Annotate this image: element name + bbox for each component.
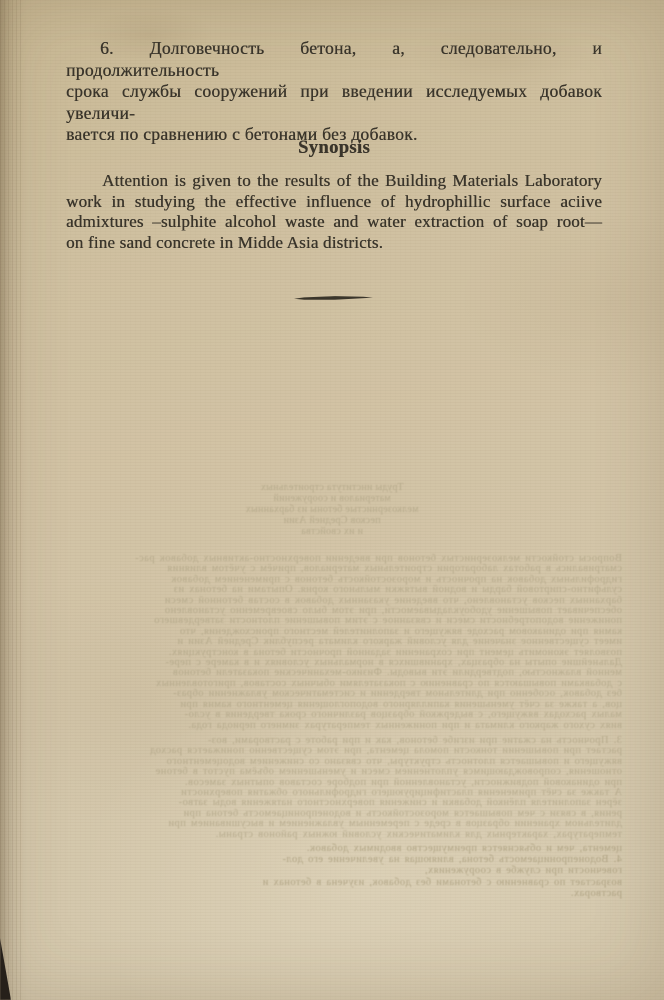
bleedthrough-line: имеет существенное значение для условий … [42,637,622,647]
paragraph-line: Attention is given to the results of the… [66,171,602,192]
bleedthrough-line: материалов и сооружений [167,493,497,504]
bleedthrough-line: с добавками повышаются по сравнению с по… [42,679,622,689]
bleedthrough-line: цов, а также за счёт уменьшения капилляр… [42,700,622,710]
bleedthrough-line: говечности при службе в сооружениях, [42,865,622,876]
bleedthrough-line: отношения, сопровождающимся уплотнением … [42,767,622,777]
bleedthrough-line: менной влажностью, подтвердили эти вывод… [42,668,622,678]
paragraph-line: work in studying the effective influence… [66,192,602,213]
bleedthrough-paragraph: 3. Прочность на сжатие при изгибе бетоно… [42,736,622,840]
bleedthrough-line: цемента, чем и объясняется преимущество … [42,843,622,854]
bleedthrough-line: А также за счёт применения пластифицирую… [42,788,622,798]
bleedthrough-center-block: Труды института строительныхматериалов и… [167,482,497,537]
scanned-book-page: 6. Долговечность бетона, а, следовательн… [0,0,664,1000]
bleedthrough-line: температурах, характерных для климатичес… [42,830,622,840]
russian-paragraph: 6. Долговечность бетона, а, следовательн… [66,38,602,146]
bleedthrough-paragraph: цемента, чем и объясняется преимущество … [42,843,622,899]
bleedthrough-line: сматривались в работах лаборатории строи… [42,564,622,574]
section-divider-dash [294,295,373,300]
bleedthrough-line: зёрен заполнителя плёнкой добавки и сниж… [42,798,622,808]
bleedthrough-line: растает при повышении тонкости помола це… [42,746,622,756]
bleedthrough-line: 4. Водонепроницаемость бетона, влияющая … [42,854,622,865]
bleedthrough-line: камня при одинаковом расходе вяжущего и … [42,627,622,637]
bleedthrough-line: песков Средней Азии [167,515,497,526]
bleedthrough-line: и их свойства [167,526,497,537]
bleedthrough-paragraph: Вопросы стойкости мелкозернистых бетонов… [42,554,622,731]
bleedthrough-line: при одинаковой подвижности, установленно… [42,778,622,788]
bleedthrough-line: возрастает по сравнению с бетонами без д… [42,877,622,888]
english-synopsis-paragraph: Attention is given to the results of the… [66,171,602,253]
paragraph-line: on fine sand concrete in Midde Asia dist… [66,233,602,254]
paragraph-line: 6. Долговечность бетона, а, следовательн… [66,38,602,81]
bleedthrough-line: понижение водопотребности смеси и связан… [42,616,622,626]
bleedthrough-line: сульфитно-спиртовой барды и водной вытяж… [42,585,622,595]
bleedthrough-line: мелкозернистые бетоны из барханных [167,504,497,515]
bleedthrough-line: обеспечивает повышение удобоукладываемос… [42,606,622,616]
bleedthrough-line: Труды института строительных [167,482,497,493]
bleedthrough-line: барханных песков установлено, что введен… [42,596,622,606]
bleed-through-text: Труды института строительныхматериалов и… [42,482,622,899]
paragraph-line: срока службы сооружений при введении исс… [66,81,602,124]
bleedthrough-line: без добавок, особенно при длительном тве… [42,689,622,699]
paragraph-line: admixtures –sulphite alcohol waste and w… [66,212,602,233]
bleedthrough-line: рения, в связи с чем повышается морозост… [42,809,622,819]
bleedthrough-line: вяжущего и повышается плотность структур… [42,757,622,767]
bleedthrough-line: длительном хранении образцов в среде с п… [42,819,622,829]
binding-crease [0,0,26,1000]
bleedthrough-line: позволяет экономить цемент при сохранени… [42,648,622,658]
bleedthrough-line: 3. Прочность на сжатие при изгибе бетоно… [42,736,622,746]
bleedthrough-line: гидрофильных добавок на прочность и моро… [42,575,622,585]
synopsis-heading: Synopsis [66,138,602,159]
bleedthrough-line: малых расходах вяжущего, с выдержкой обр… [42,710,622,720]
bleedthrough-line: Дальнейшие опыты на образцах, хранившихс… [42,658,622,668]
bleedthrough-line: виях сухого жаркого климата и при пониже… [42,721,622,731]
scan-corner-shadow [0,938,11,1000]
bleedthrough-line: растворах. [42,888,622,899]
bleedthrough-line: Вопросы стойкости мелкозернистых бетонов… [42,554,622,564]
